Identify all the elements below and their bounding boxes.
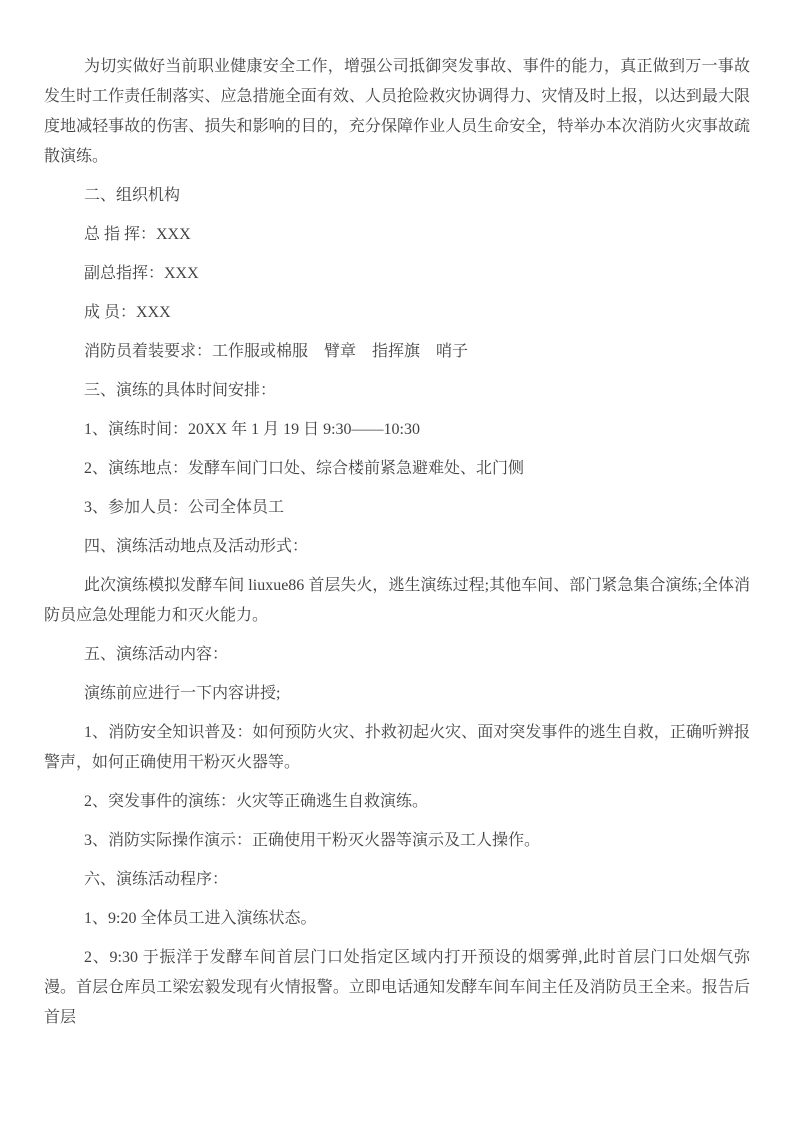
line-chief-commander: 总 指 挥：XXX <box>44 220 750 250</box>
paragraph-pre-drill-lecture: 演练前应进行一下内容讲授; <box>44 679 750 709</box>
section-heading-procedure: 六、演练活动程序： <box>44 865 750 895</box>
item-practical-operation-demo: 3、消防实际操作演示：正确使用干粉灭火器等演示及工人操作。 <box>44 826 750 856</box>
paragraph-drill-simulation: 此次演练模拟发酵车间 liuxue86 首层失火，逃生演练过程;其他车间、部门紧… <box>44 571 750 631</box>
section-heading-organization: 二、组织机构 <box>44 181 750 211</box>
item-fire-safety-knowledge: 1、消防安全知识普及：如何预防火灾、扑救初起火灾、面对突发事件的逃生自救，正确听… <box>44 718 750 778</box>
item-participants: 3、参加人员：公司全体员工 <box>44 493 750 523</box>
line-deputy-commander: 副总指挥：XXX <box>44 259 750 289</box>
item-emergency-escape-drill: 2、突发事件的演练：火灾等正确逃生自救演练。 <box>44 787 750 817</box>
intro-paragraph: 为切实做好当前职业健康安全工作，增强公司抵御突发事故、事件的能力，真正做到万一事… <box>44 52 750 172</box>
section-heading-activity-content: 五、演练活动内容： <box>44 640 750 670</box>
section-heading-schedule: 三、演练的具体时间安排： <box>44 376 750 406</box>
item-drill-time: 1、演练时间：20XX 年 1 月 19 日 9:30——10:30 <box>44 415 750 445</box>
item-drill-location: 2、演练地点：发酵车间门口处、综合楼前紧急避难处、北门侧 <box>44 454 750 484</box>
line-firefighter-dress-code: 消防员着装要求：工作服或棉服 臂章 指挥旗 哨子 <box>44 337 750 367</box>
line-members: 成 员：XXX <box>44 298 750 328</box>
section-heading-activity-form: 四、演练活动地点及活动形式： <box>44 532 750 562</box>
item-920-all-staff-ready: 1、9:20 全体员工进入演练状态。 <box>44 904 750 934</box>
document-page: 为切实做好当前职业健康安全工作，增强公司抵御突发事故、事件的能力，真正做到万一事… <box>0 0 793 1122</box>
item-930-smoke-bomb-alarm: 2、9:30 于振洋于发酵车间首层门口处指定区域内打开预设的烟雾弹,此时首层门口… <box>44 943 750 1033</box>
